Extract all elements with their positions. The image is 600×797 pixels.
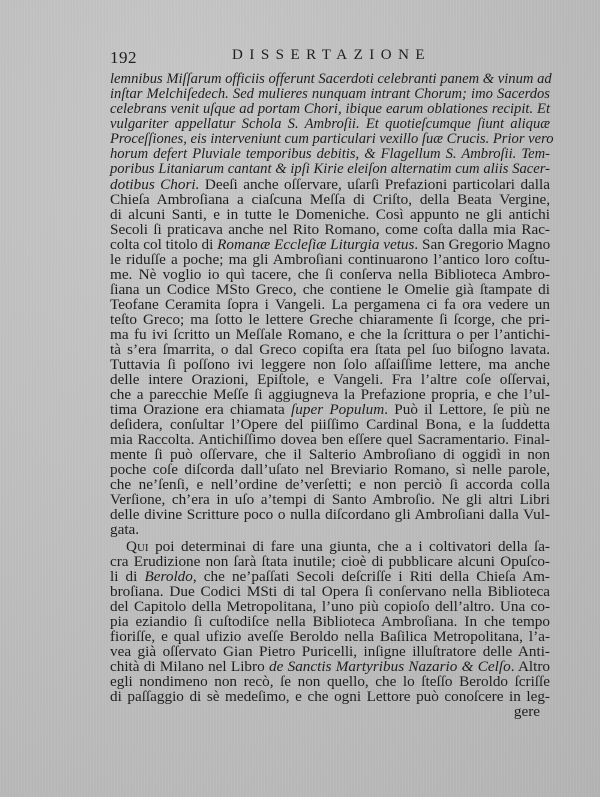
text-line: poribus Litaniarum cantant & ipſi Kirie … (110, 162, 550, 177)
text-line: di alcuni Santi, e in tutte le Domeniche… (110, 207, 550, 222)
text-line: colta col titolo di Romanæ Eccleſiæ Litu… (110, 237, 550, 252)
text-line: me. Nè voglio io quì tacere, che ſi conſ… (110, 267, 550, 282)
text-line: tima Orazione era chiamata ſuper Populum… (110, 402, 550, 417)
book-page: 192 Dissertazione lemnibus Miſſarum offi… (0, 0, 600, 797)
text-line: Verſione, ch’era in uſo a’tempi di Santo… (110, 492, 550, 507)
text-line: Proceſſiones, eis interveniunt cum parti… (110, 132, 550, 147)
text-line: horum defert Pluviale temporibus debitis… (110, 147, 550, 162)
text-line: chità di Milano nel Libro de Sanctis Mar… (110, 659, 550, 674)
text-line: che ne’ſenſi, e nell’ordine de’verſetti;… (110, 477, 550, 492)
text-line: fioriſſe, e qual ufizio aveſſe Beroldo n… (110, 629, 550, 644)
text-line: ma fu ivi ſcritto un Meſſale Romano, e c… (110, 327, 550, 342)
text-line: vea già oſſervato Gian Pietro Puricelli,… (110, 644, 550, 659)
text-line: Teofane Ceramita ſopra i Vangeli. La per… (110, 297, 550, 312)
text-line: pia eziandio ſi cuſtodiſce nella Bibliot… (110, 614, 550, 629)
text-line: Secoli ſi praticava anche nel Rito Roman… (110, 222, 550, 237)
text-line: che a parecchie Meſſe ſi aggiugneva la P… (110, 387, 550, 402)
text-line: broſiana. Due Codici MSti di tal Opera ſ… (110, 584, 550, 599)
text-line: inſtar Melchiſedech. Sed mulieres nunqua… (110, 87, 550, 102)
text-line: mia Raccolta. Antichiſſimo dovea ben eſſ… (110, 432, 550, 447)
running-title: Dissertazione (232, 47, 431, 64)
text-line: teſto Greco; ma ſotto le lettere Greche … (110, 312, 550, 327)
text-line: delle intere Orazioni, Epiſtole, e Vange… (110, 372, 550, 387)
text-line: dotibus Chori. Deeſi anche oſſervare, uſ… (110, 177, 550, 192)
text-line: mente ſi può oſſervare, che il Salterio … (110, 447, 550, 462)
catchword: gere (110, 704, 550, 719)
text-line: celebrans venit uſque ad portam Chori, i… (110, 102, 550, 117)
text-line: ſiana un Codice MSto Greco, che contiene… (110, 282, 550, 297)
text-line: poche coſe diſcorda dall’uſato nel Brevi… (110, 462, 550, 477)
text-line: egli nondimeno non recò, ſe non quello, … (110, 674, 550, 689)
text-line: delle divine Scritture poco o nulla diſc… (110, 507, 550, 522)
body-text: lemnibus Miſſarum officiis offerunt Sace… (110, 72, 550, 719)
running-head: 192 Dissertazione (110, 48, 550, 70)
page-number: 192 (110, 48, 137, 68)
text-line: vulgariter appellatur Schola S. Ambroſii… (110, 117, 550, 132)
text-line: Tuttavia ſi poſſono ivi leggere non ſolo… (110, 357, 550, 372)
text-line: lemnibus Miſſarum officiis offerunt Sace… (110, 72, 550, 87)
text-line: le riduſſe a poche; ma gli Ambroſiani co… (110, 252, 550, 267)
paragraph-start: Qui poi determinai di fare una giunta, c… (110, 539, 550, 554)
text-line: Chieſa Ambroſiana a ciaſcuna Meſſa di Cr… (110, 192, 550, 207)
text-line: di paſſaggio di sè medeſimo, e che ogni … (110, 689, 550, 704)
text-line: tà s’era ſmarrita, o dal Greco copiſta e… (110, 342, 550, 357)
text-line: del Capitolo della Metropolitana, l’uno … (110, 599, 550, 614)
text-line: cra Erudizione non ſarà ſtata inutile; c… (110, 554, 550, 569)
text-line: deſidera, conſultar l’Opere del piiſſimo… (110, 417, 550, 432)
text-line: gata. (110, 522, 550, 537)
text-line: li di Beroldo, che ne’paſſati Secoli deſ… (110, 569, 550, 584)
